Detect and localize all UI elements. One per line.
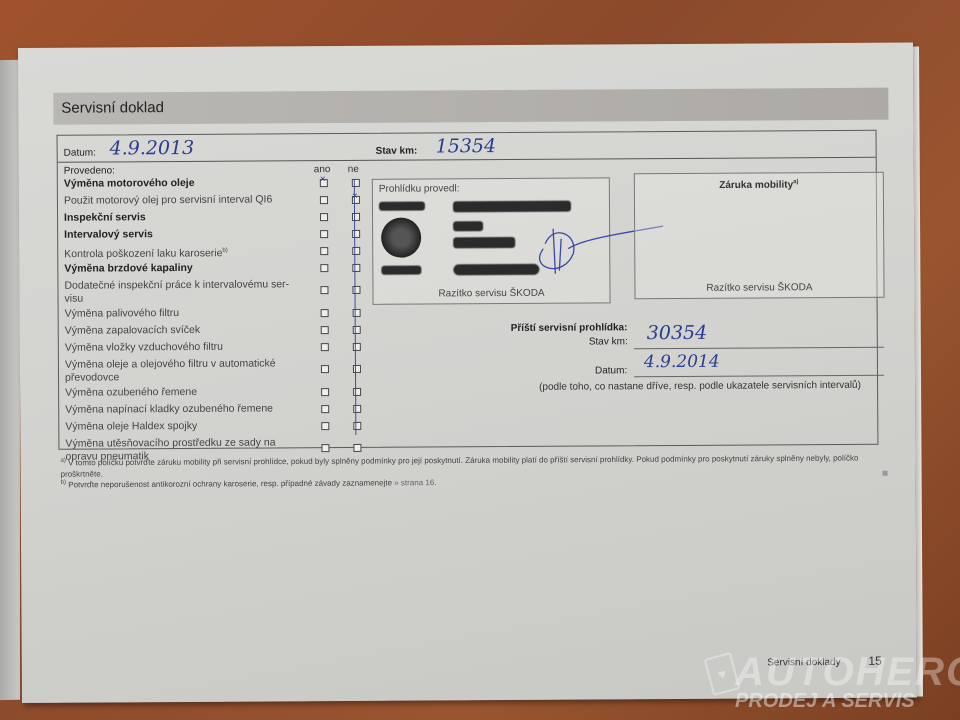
- stamp-skoda-text: [379, 202, 425, 211]
- datum-value[interactable]: 4.9.2013: [110, 137, 195, 160]
- service-item: Výměna vložky vzduchového filtru: [65, 340, 305, 354]
- checkbox-ano[interactable]: [321, 388, 329, 396]
- service-item: Kontrola poškození laku karoserieb): [64, 244, 304, 261]
- service-item: Výměna ozubeného řemene: [65, 385, 305, 399]
- stamp2-sup: a): [793, 179, 798, 185]
- next-note: (podle toho, co nastane dříve, resp. pod…: [539, 380, 861, 393]
- next-km-label: Stav km:: [589, 336, 628, 347]
- stav-km-label: Stav km:: [376, 146, 418, 157]
- next-date-label: Datum:: [595, 365, 627, 376]
- checkbox-ano[interactable]: [320, 264, 328, 272]
- service-item: Výměna brzdové kapaliny: [64, 261, 304, 275]
- next-km-value[interactable]: 30354: [647, 322, 708, 344]
- service-item-label: Výměna zapalovacích svíček: [65, 324, 200, 337]
- stamp-sro: [453, 221, 483, 231]
- stamp2-heading-text: Záruka mobility: [719, 180, 793, 191]
- service-item: Výměna napínací kladky ozubeného řemene: [65, 402, 305, 416]
- page-stack-edge: [913, 46, 923, 696]
- watermark-tagline: PRODEJ A SERVIS: [735, 690, 915, 713]
- stamp-city: [453, 237, 515, 248]
- checkbox-ne[interactable]: [353, 444, 361, 452]
- checkbox-ano[interactable]: [321, 444, 329, 452]
- stamp1-heading: Prohlídku provedl:: [379, 183, 460, 194]
- next-heading: Příští servisní prohlídka:: [511, 322, 628, 334]
- skoda-logo-icon: [381, 218, 421, 258]
- next-date-line: [634, 375, 884, 378]
- service-item-label: Dodatečné inspekční práce k intervalovém…: [64, 278, 289, 304]
- service-item-label: Výměna napínací kladky ozubeného řemene: [65, 402, 273, 415]
- checkbox-ano[interactable]: [321, 309, 329, 317]
- footnote-b-link[interactable]: » strana 16.: [394, 478, 436, 487]
- footnote-b-mark: b): [61, 480, 66, 486]
- page-title: Servisní doklad: [61, 99, 164, 117]
- service-item-label: Výměna palivového filtru: [65, 307, 179, 320]
- service-item: Výměna motorového oleje: [64, 176, 304, 190]
- service-item: Výměna oleje a olejového filtru v automa…: [65, 357, 305, 384]
- end-marker: [883, 471, 888, 476]
- stamp-box-service: Prohlídku provedl: Razítko servisu ŠKODA: [372, 177, 611, 304]
- service-item: Inspekční servis: [64, 210, 304, 224]
- checkbox-ano[interactable]: [320, 213, 328, 221]
- checkbox-ano[interactable]: [321, 405, 329, 413]
- service-item-label: Inspekční servis: [64, 211, 146, 223]
- service-item: Dodatečné inspekční práce k intervalovém…: [64, 278, 304, 305]
- stamp2-caption: Razítko servisu ŠKODA: [635, 282, 883, 295]
- stamp-box-mobility: Záruka mobilitya) Razítko servisu ŠKODA: [634, 172, 885, 300]
- watermark-brand: AUTOHERC: [735, 650, 960, 695]
- stamp1-caption: Razítko servisu ŠKODA: [373, 287, 609, 299]
- checkbox-ano[interactable]: [320, 286, 328, 294]
- stav-km-value[interactable]: 15354: [436, 135, 497, 157]
- footnote-b-text: Potvrďte neporušenost antikorozní ochran…: [68, 478, 392, 489]
- left-page-edge: [0, 60, 20, 701]
- service-item: Výměna oleje Haldex spojky: [65, 419, 305, 433]
- datum-label: Datum:: [64, 148, 96, 159]
- service-item: Použit motorový olej pro servisní interv…: [64, 193, 304, 207]
- footnote-a-mark: a): [61, 458, 66, 464]
- stamp2-heading: Záruka mobilitya): [635, 179, 883, 192]
- service-item-label: Výměna brzdové kapaliny: [64, 262, 192, 275]
- checkbox-ano[interactable]: [321, 343, 329, 351]
- title-bar: Servisní doklad: [53, 88, 888, 125]
- service-item: Výměna palivového filtru: [65, 306, 305, 320]
- checkbox-ano[interactable]: [320, 247, 328, 255]
- service-item-label: Výměna motorového oleje: [64, 177, 195, 190]
- checkbox-ano[interactable]: [320, 196, 328, 204]
- checkbox-ano[interactable]: [321, 422, 329, 430]
- service-item: Výměna zapalovacích svíček: [65, 323, 305, 337]
- service-item-label: Intervalový servis: [64, 228, 153, 241]
- stamp-dealer-name: [453, 201, 571, 213]
- col-ne: ne: [348, 164, 359, 175]
- service-item: Intervalový servis: [64, 227, 304, 241]
- service-item-label: Výměna oleje a olejového filtru v automa…: [65, 357, 276, 383]
- checkbox-ano[interactable]: [321, 326, 329, 334]
- service-item-label: Výměna oleje Haldex spojky: [65, 420, 197, 433]
- booklet-page: Servisní doklad Datum: 4.9.2013 Stav km:…: [18, 43, 917, 703]
- checkbox-ano[interactable]: [321, 365, 329, 373]
- service-item-label: Výměna ozubeného řemene: [65, 386, 197, 399]
- service-form: Datum: 4.9.2013 Stav km: 15354 Provedeno…: [57, 130, 879, 450]
- service-item-label: Výměna vložky vzduchového filtru: [65, 341, 223, 354]
- service-item-sup: b): [222, 248, 227, 254]
- checkbox-ano[interactable]: [320, 179, 328, 187]
- service-item-label: Použit motorový olej pro servisní interv…: [64, 193, 272, 206]
- provedeno-label: Provedeno:: [64, 165, 115, 176]
- stamp-service-text: [381, 266, 421, 275]
- date-km-row: Datum: 4.9.2013 Stav km: 15354: [58, 131, 876, 163]
- next-km-line: [634, 347, 884, 350]
- next-date-value[interactable]: 4.9.2014: [644, 352, 720, 372]
- checkbox-ano[interactable]: [320, 230, 328, 238]
- service-item-label: Kontrola poškození laku karoserie: [64, 247, 222, 260]
